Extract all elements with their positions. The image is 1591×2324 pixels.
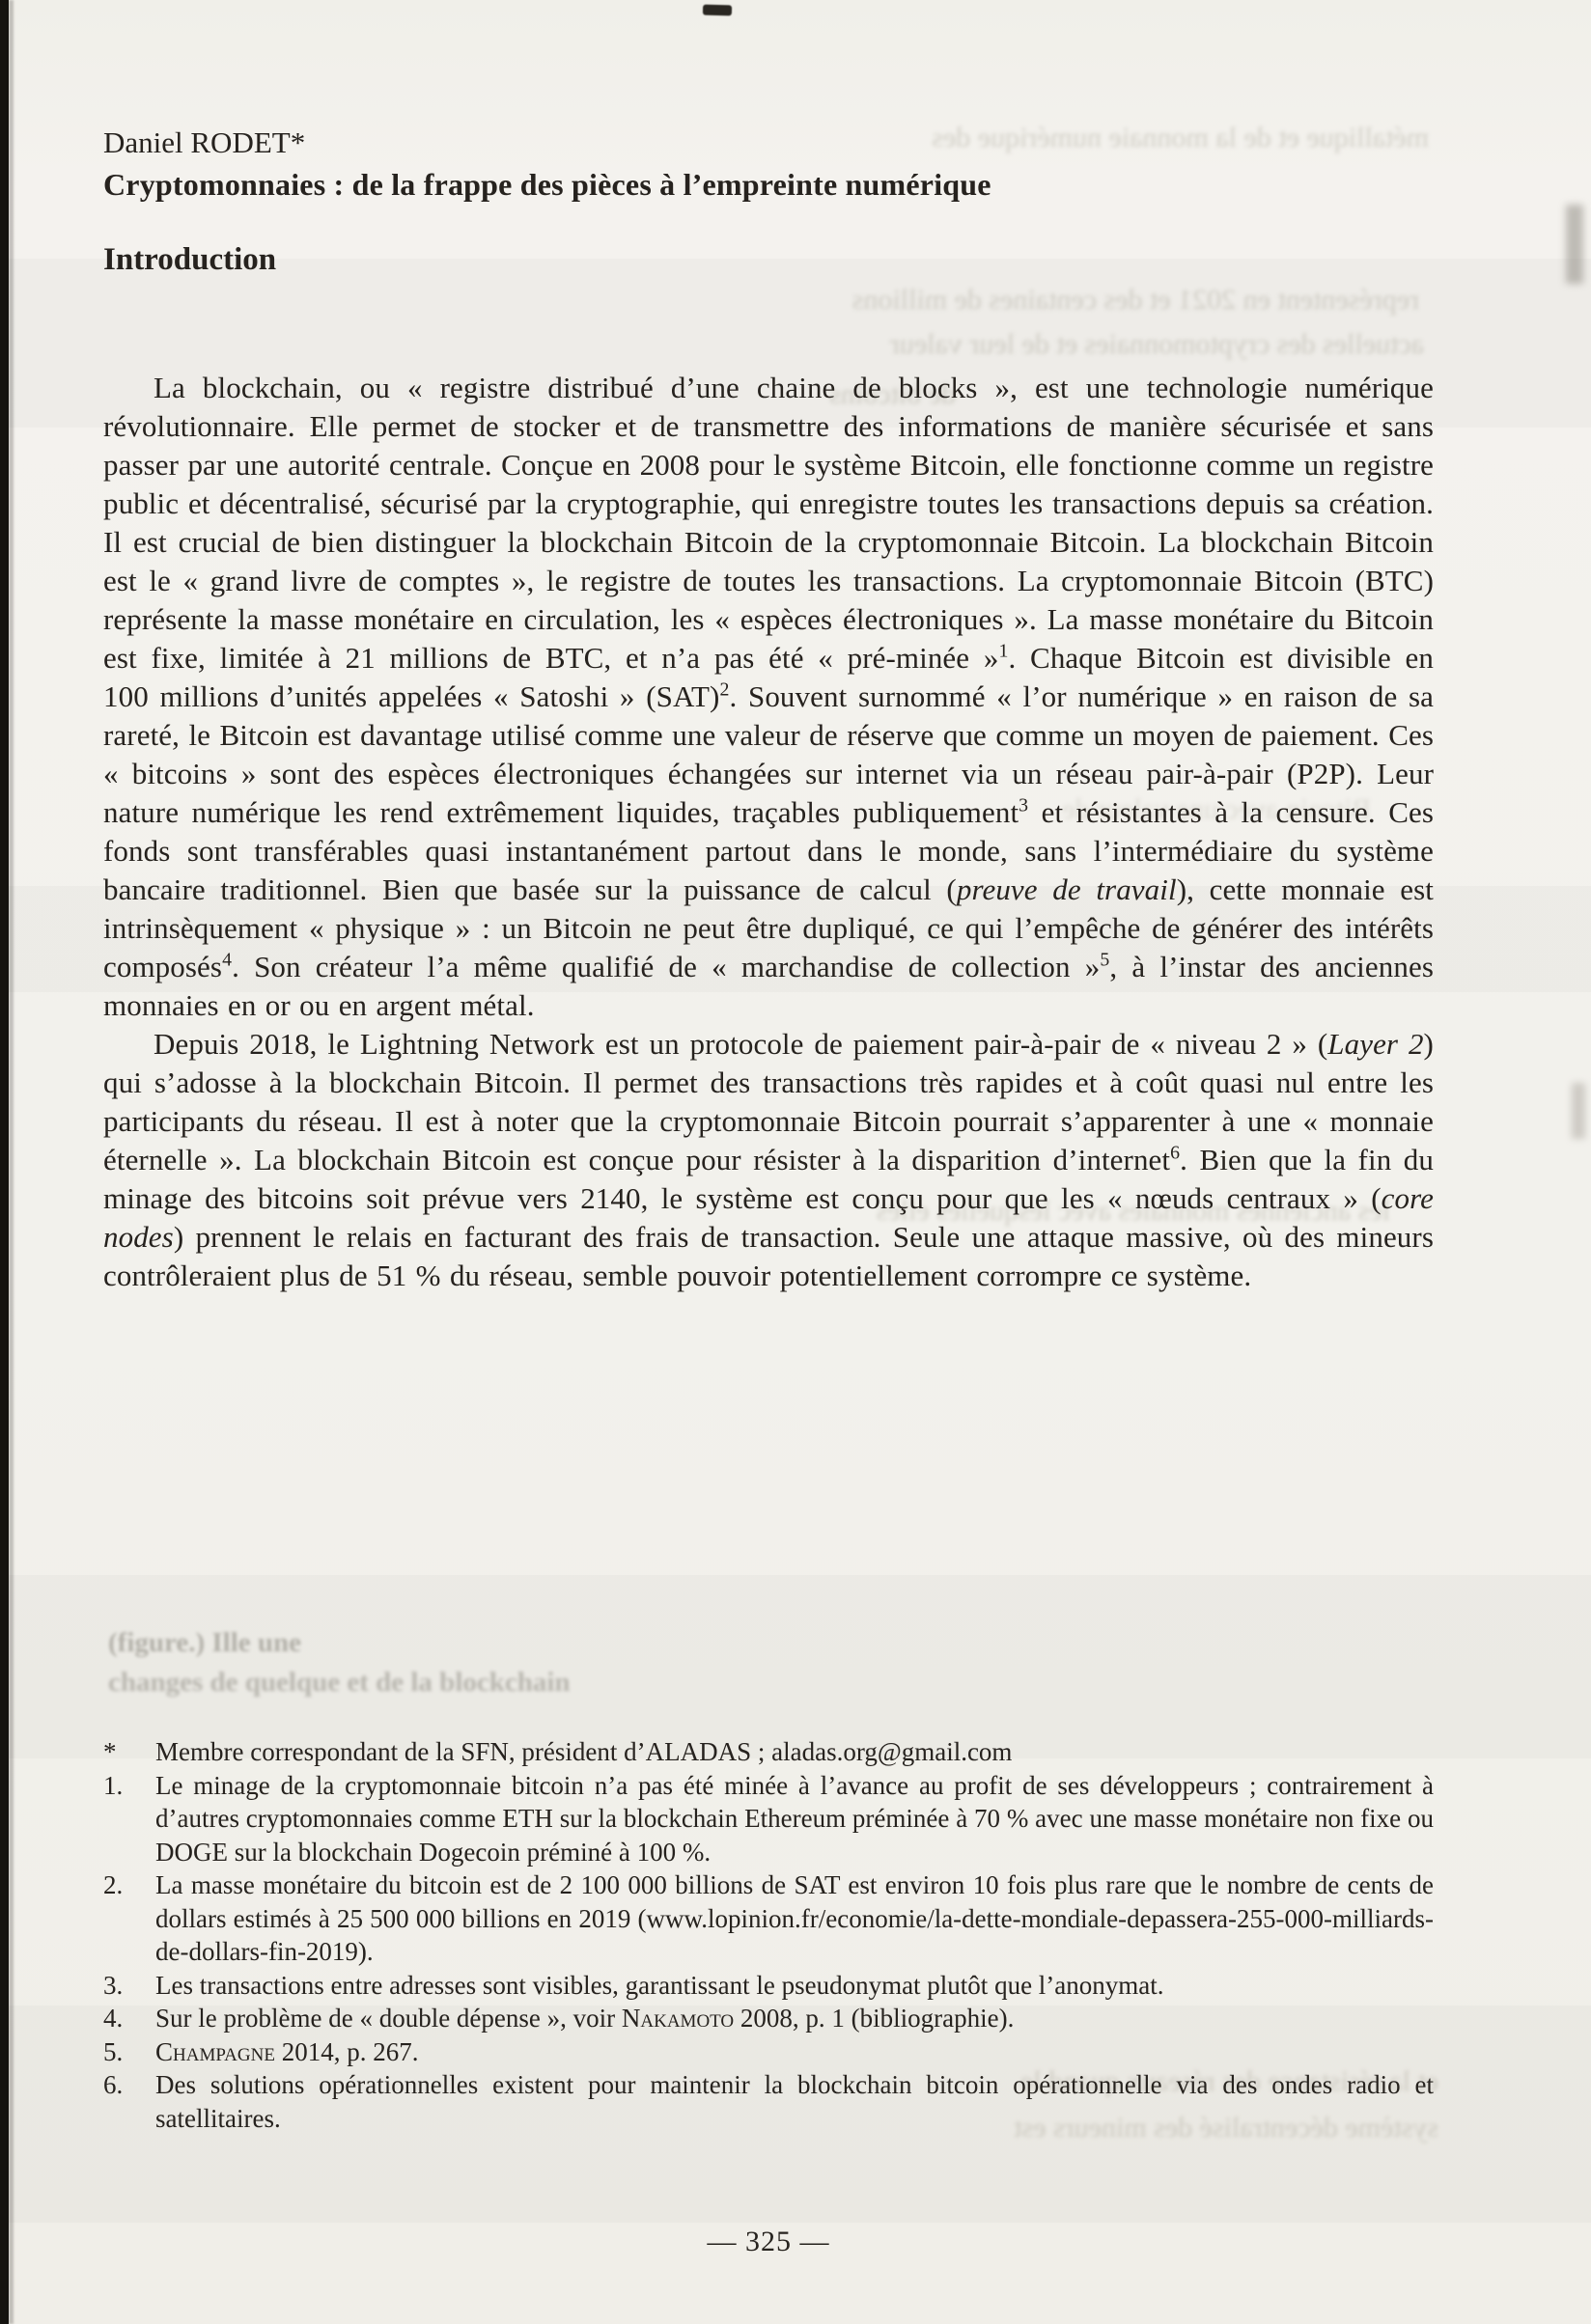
- body-paragraph: Depuis 2018, le Lightning Network est un…: [103, 1025, 1434, 1295]
- footnote-text: Membre correspondant de la SFN, présiden…: [155, 1735, 1434, 1769]
- footnote-item: 4.Sur le problème de « double dépense »,…: [103, 2002, 1434, 2035]
- footnote-marker: *: [103, 1735, 155, 1769]
- footnote-text: Des solutions opérationnelles existent p…: [155, 2068, 1434, 2135]
- footnote-item: 5.Champagne 2014, p. 267.: [103, 2035, 1434, 2069]
- footnote-text: Champagne 2014, p. 267.: [155, 2035, 1434, 2069]
- footnote-marker: 4.: [103, 2002, 155, 2035]
- page-content: Daniel RODET* Cryptomonnaies : de la fra…: [0, 0, 1591, 2324]
- page-number: — 325 —: [103, 2226, 1434, 2258]
- footnote-item: 6.Des solutions opérationnelles existent…: [103, 2068, 1434, 2135]
- footnote-marker: 3.: [103, 1969, 155, 2003]
- footnote-item: 1.Le minage de la cryptomonnaie bitcoin …: [103, 1769, 1434, 1869]
- section-heading-introduction: Introduction: [103, 242, 276, 278]
- footnote-text: Sur le problème de « double dépense », v…: [155, 2002, 1434, 2035]
- footnote-marker: 6.: [103, 2068, 155, 2135]
- author-line: Daniel RODET*: [103, 125, 305, 160]
- footnote-marker: 5.: [103, 2035, 155, 2069]
- footnote-marker: 2.: [103, 1868, 155, 1969]
- body-text: La blockchain, ou « registre distribué d…: [103, 369, 1434, 1295]
- footnote-item: 3.Les transactions entre adresses sont v…: [103, 1969, 1434, 2003]
- footnote-item: 2.La masse monétaire du bitcoin est de 2…: [103, 1868, 1434, 1969]
- scanned-document-page: métallique et de la monnaie numérique de…: [0, 0, 1591, 2324]
- body-paragraph: La blockchain, ou « registre distribué d…: [103, 369, 1434, 1025]
- footnote-item: *Membre correspondant de la SFN, préside…: [103, 1735, 1434, 1769]
- footnotes-block: *Membre correspondant de la SFN, préside…: [103, 1735, 1434, 2135]
- footnote-text: La masse monétaire du bitcoin est de 2 1…: [155, 1868, 1434, 1969]
- article-title: Cryptomonnaies : de la frappe des pièces…: [103, 167, 991, 203]
- footnote-text: Le minage de la cryptomonnaie bitcoin n’…: [155, 1769, 1434, 1869]
- footnote-marker: 1.: [103, 1769, 155, 1869]
- footnote-text: Les transactions entre adresses sont vis…: [155, 1969, 1434, 2003]
